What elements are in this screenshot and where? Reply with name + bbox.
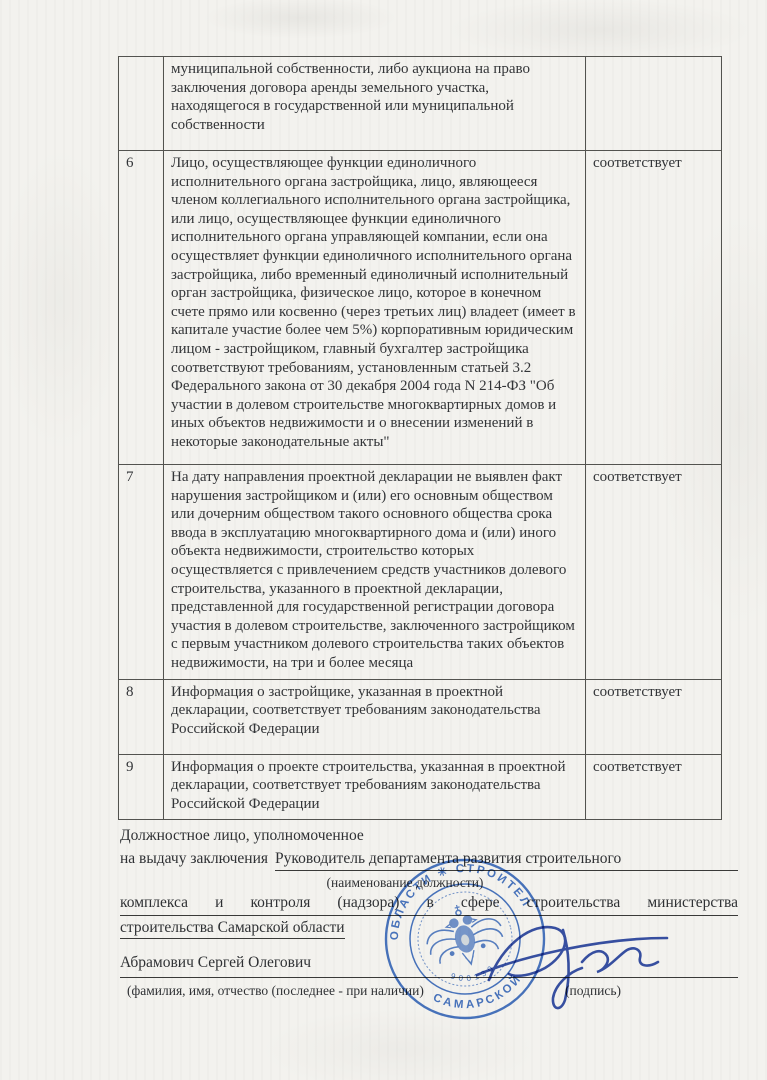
requirement-text-cell: Информация о застройщике, указанная в пр… bbox=[164, 679, 586, 754]
table-row: 6 Лицо, осуществляющее функции единоличн… bbox=[119, 151, 722, 465]
table-row: 8 Информация о застройщике, указанная в … bbox=[119, 679, 722, 754]
table-row: 7 На дату направления проектной декларац… bbox=[119, 465, 722, 680]
row-number-cell bbox=[119, 57, 164, 151]
row-number-cell: 6 bbox=[119, 151, 164, 465]
row-number-cell: 7 bbox=[119, 465, 164, 680]
name-caption: (фамилия, имя, отчество (последнее - при… bbox=[127, 981, 424, 1001]
requirement-text-cell: Лицо, осуществляющее функции единоличног… bbox=[164, 151, 586, 465]
row-number-cell: 9 bbox=[119, 754, 164, 820]
status-cell: соответствует bbox=[586, 679, 722, 754]
table-row: муниципальной собственности, либо аукцио… bbox=[119, 57, 722, 151]
requirement-text-cell: муниципальной собственности, либо аукцио… bbox=[164, 57, 586, 151]
status-cell: соответствует bbox=[586, 754, 722, 820]
position-title-end-text: строительства Самарской области bbox=[120, 919, 345, 939]
issuer-line-prefix: на выдачу заключения bbox=[120, 849, 268, 871]
row-number-cell: 8 bbox=[119, 679, 164, 754]
status-cell bbox=[586, 57, 722, 151]
compliance-table: муниципальной собственности, либо аукцио… bbox=[118, 56, 722, 820]
status-cell: соответствует bbox=[586, 151, 722, 465]
position-title-end: строительства Самарской области bbox=[120, 918, 345, 938]
table-row: 9 Информация о проекте строительства, ук… bbox=[119, 754, 722, 820]
handwritten-signature-icon bbox=[452, 898, 697, 1023]
requirement-text-cell: На дату направления проектной декларации… bbox=[164, 465, 586, 680]
status-cell: соответствует bbox=[586, 465, 722, 680]
official-name: Абрамович Сергей Олегович bbox=[120, 954, 311, 971]
requirement-text-cell: Информация о проекте строительства, указ… bbox=[164, 754, 586, 820]
official-intro-line: Должностное лицо, уполномоченное bbox=[120, 826, 364, 846]
scanned-document-page: муниципальной собственности, либо аукцио… bbox=[0, 0, 767, 1080]
